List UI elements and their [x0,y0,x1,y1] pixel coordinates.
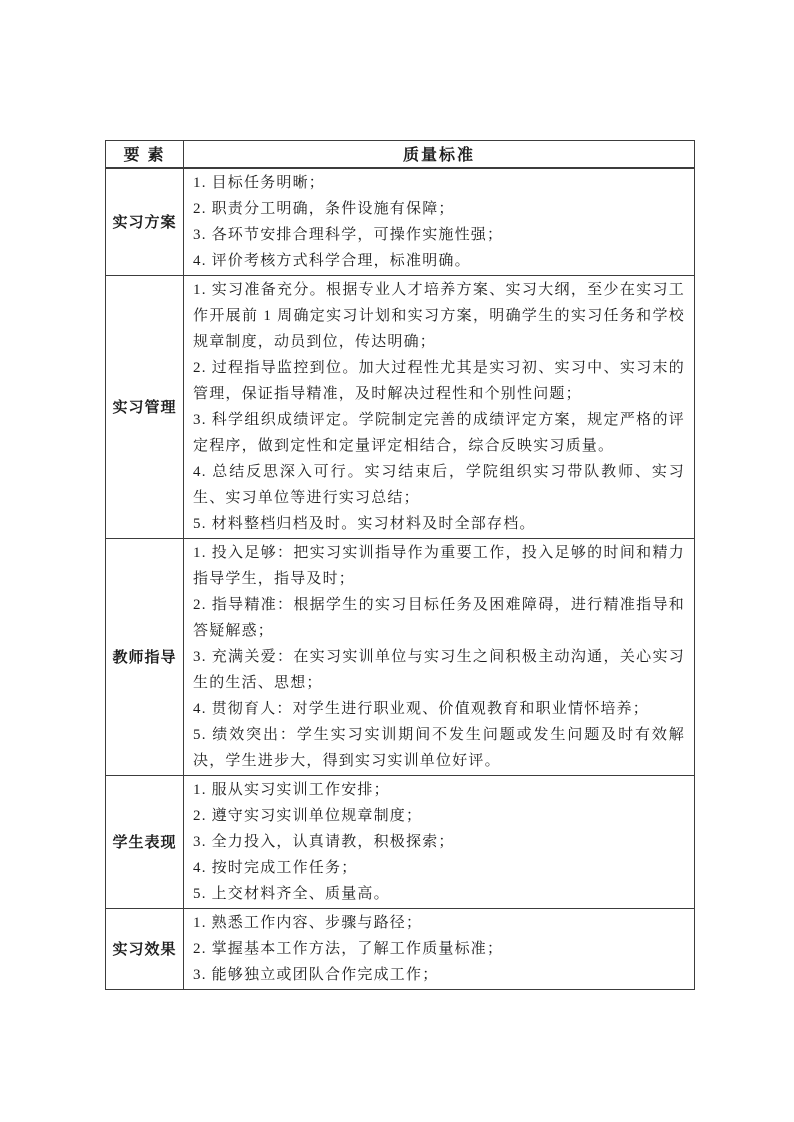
standard-item: 1. 熟悉工作内容、步骤与路径； [193,910,685,936]
row-standards: 1. 目标任务明晰； 2. 职责分工明确，条件设施有保障； 3. 各环节安排合理… [184,168,695,276]
standard-item: 4. 按时完成工作任务； [193,855,685,881]
standard-item: 1. 服从实习实训工作安排； [193,777,685,803]
standard-item: 1. 目标任务明晰； [193,170,685,196]
standard-item: 5. 绩效突出：学生实习实训期间不发生问题或发生问题及时有效解决，学生进步大，得… [193,722,685,774]
header-element: 要 素 [106,141,184,168]
table-row-teacher-guidance: 教师指导 1. 投入足够：把实习实训指导作为重要工作，投入足够的时间和精力指导学… [106,538,695,775]
standard-item: 2. 掌握基本工作方法，了解工作质量标准； [193,936,685,962]
table-header-row: 要 素 质量标准 [106,141,695,168]
row-label: 实习效果 [106,908,184,989]
standard-item: 2. 指导精准：根据学生的实习目标任务及困难障碍，进行精准指导和答疑解惑； [193,592,685,644]
table-row-internship-plan: 实习方案 1. 目标任务明晰； 2. 职责分工明确，条件设施有保障； 3. 各环… [106,168,695,276]
row-label: 实习方案 [106,168,184,276]
standard-item: 2. 过程指导监控到位。加大过程性尤其是实习初、实习中、实习末的管理，保证指导精… [193,355,685,407]
row-standards: 1. 熟悉工作内容、步骤与路径； 2. 掌握基本工作方法，了解工作质量标准； 3… [184,908,695,989]
standard-item: 4. 总结反思深入可行。实习结束后，学院组织实习带队教师、实习生、实习单位等进行… [193,459,685,511]
standard-item: 3. 科学组织成绩评定。学院制定完善的成绩评定方案，规定严格的评定程序，做到定性… [193,407,685,459]
standard-item: 5. 上交材料齐全、质量高。 [193,881,685,907]
table-row-student-performance: 学生表现 1. 服从实习实训工作安排； 2. 遵守实习实训单位规章制度； 3. … [106,775,695,908]
row-label: 学生表现 [106,775,184,908]
standard-item: 5. 材料整档归档及时。实习材料及时全部存档。 [193,511,685,537]
standard-item: 3. 各环节安排合理科学，可操作实施性强； [193,222,685,248]
quality-standards-table: 要 素 质量标准 实习方案 1. 目标任务明晰； 2. 职责分工明确，条件设施有… [105,140,695,990]
standard-item: 4. 评价考核方式科学合理，标准明确。 [193,248,685,274]
table-row-internship-effect: 实习效果 1. 熟悉工作内容、步骤与路径； 2. 掌握基本工作方法，了解工作质量… [106,908,695,989]
standard-item: 2. 职责分工明确，条件设施有保障； [193,196,685,222]
row-label: 教师指导 [106,538,184,775]
row-standards: 1. 实习准备充分。根据专业人才培养方案、实习大纲，至少在实习工作开展前 1 周… [184,275,695,538]
standard-item: 3. 能够独立或团队合作完成工作； [193,962,685,988]
standard-item: 1. 实习准备充分。根据专业人才培养方案、实习大纲，至少在实习工作开展前 1 周… [193,277,685,355]
row-standards: 1. 服从实习实训工作安排； 2. 遵守实习实训单位规章制度； 3. 全力投入，… [184,775,695,908]
standard-item: 2. 遵守实习实训单位规章制度； [193,803,685,829]
row-label: 实习管理 [106,275,184,538]
standard-item: 1. 投入足够：把实习实训指导作为重要工作，投入足够的时间和精力指导学生，指导及… [193,540,685,592]
standard-item: 4. 贯彻育人：对学生进行职业观、价值观教育和职业情怀培养； [193,696,685,722]
row-standards: 1. 投入足够：把实习实训指导作为重要工作，投入足够的时间和精力指导学生，指导及… [184,538,695,775]
table-row-internship-management: 实习管理 1. 实习准备充分。根据专业人才培养方案、实习大纲，至少在实习工作开展… [106,275,695,538]
standard-item: 3. 全力投入，认真请教，积极探索； [193,829,685,855]
header-quality-standard: 质量标准 [184,141,695,168]
document-page: 要 素 质量标准 实习方案 1. 目标任务明晰； 2. 职责分工明确，条件设施有… [0,0,794,1122]
standard-item: 3. 充满关爱：在实习实训单位与实习生之间积极主动沟通，关心实习生的生活、思想； [193,644,685,696]
